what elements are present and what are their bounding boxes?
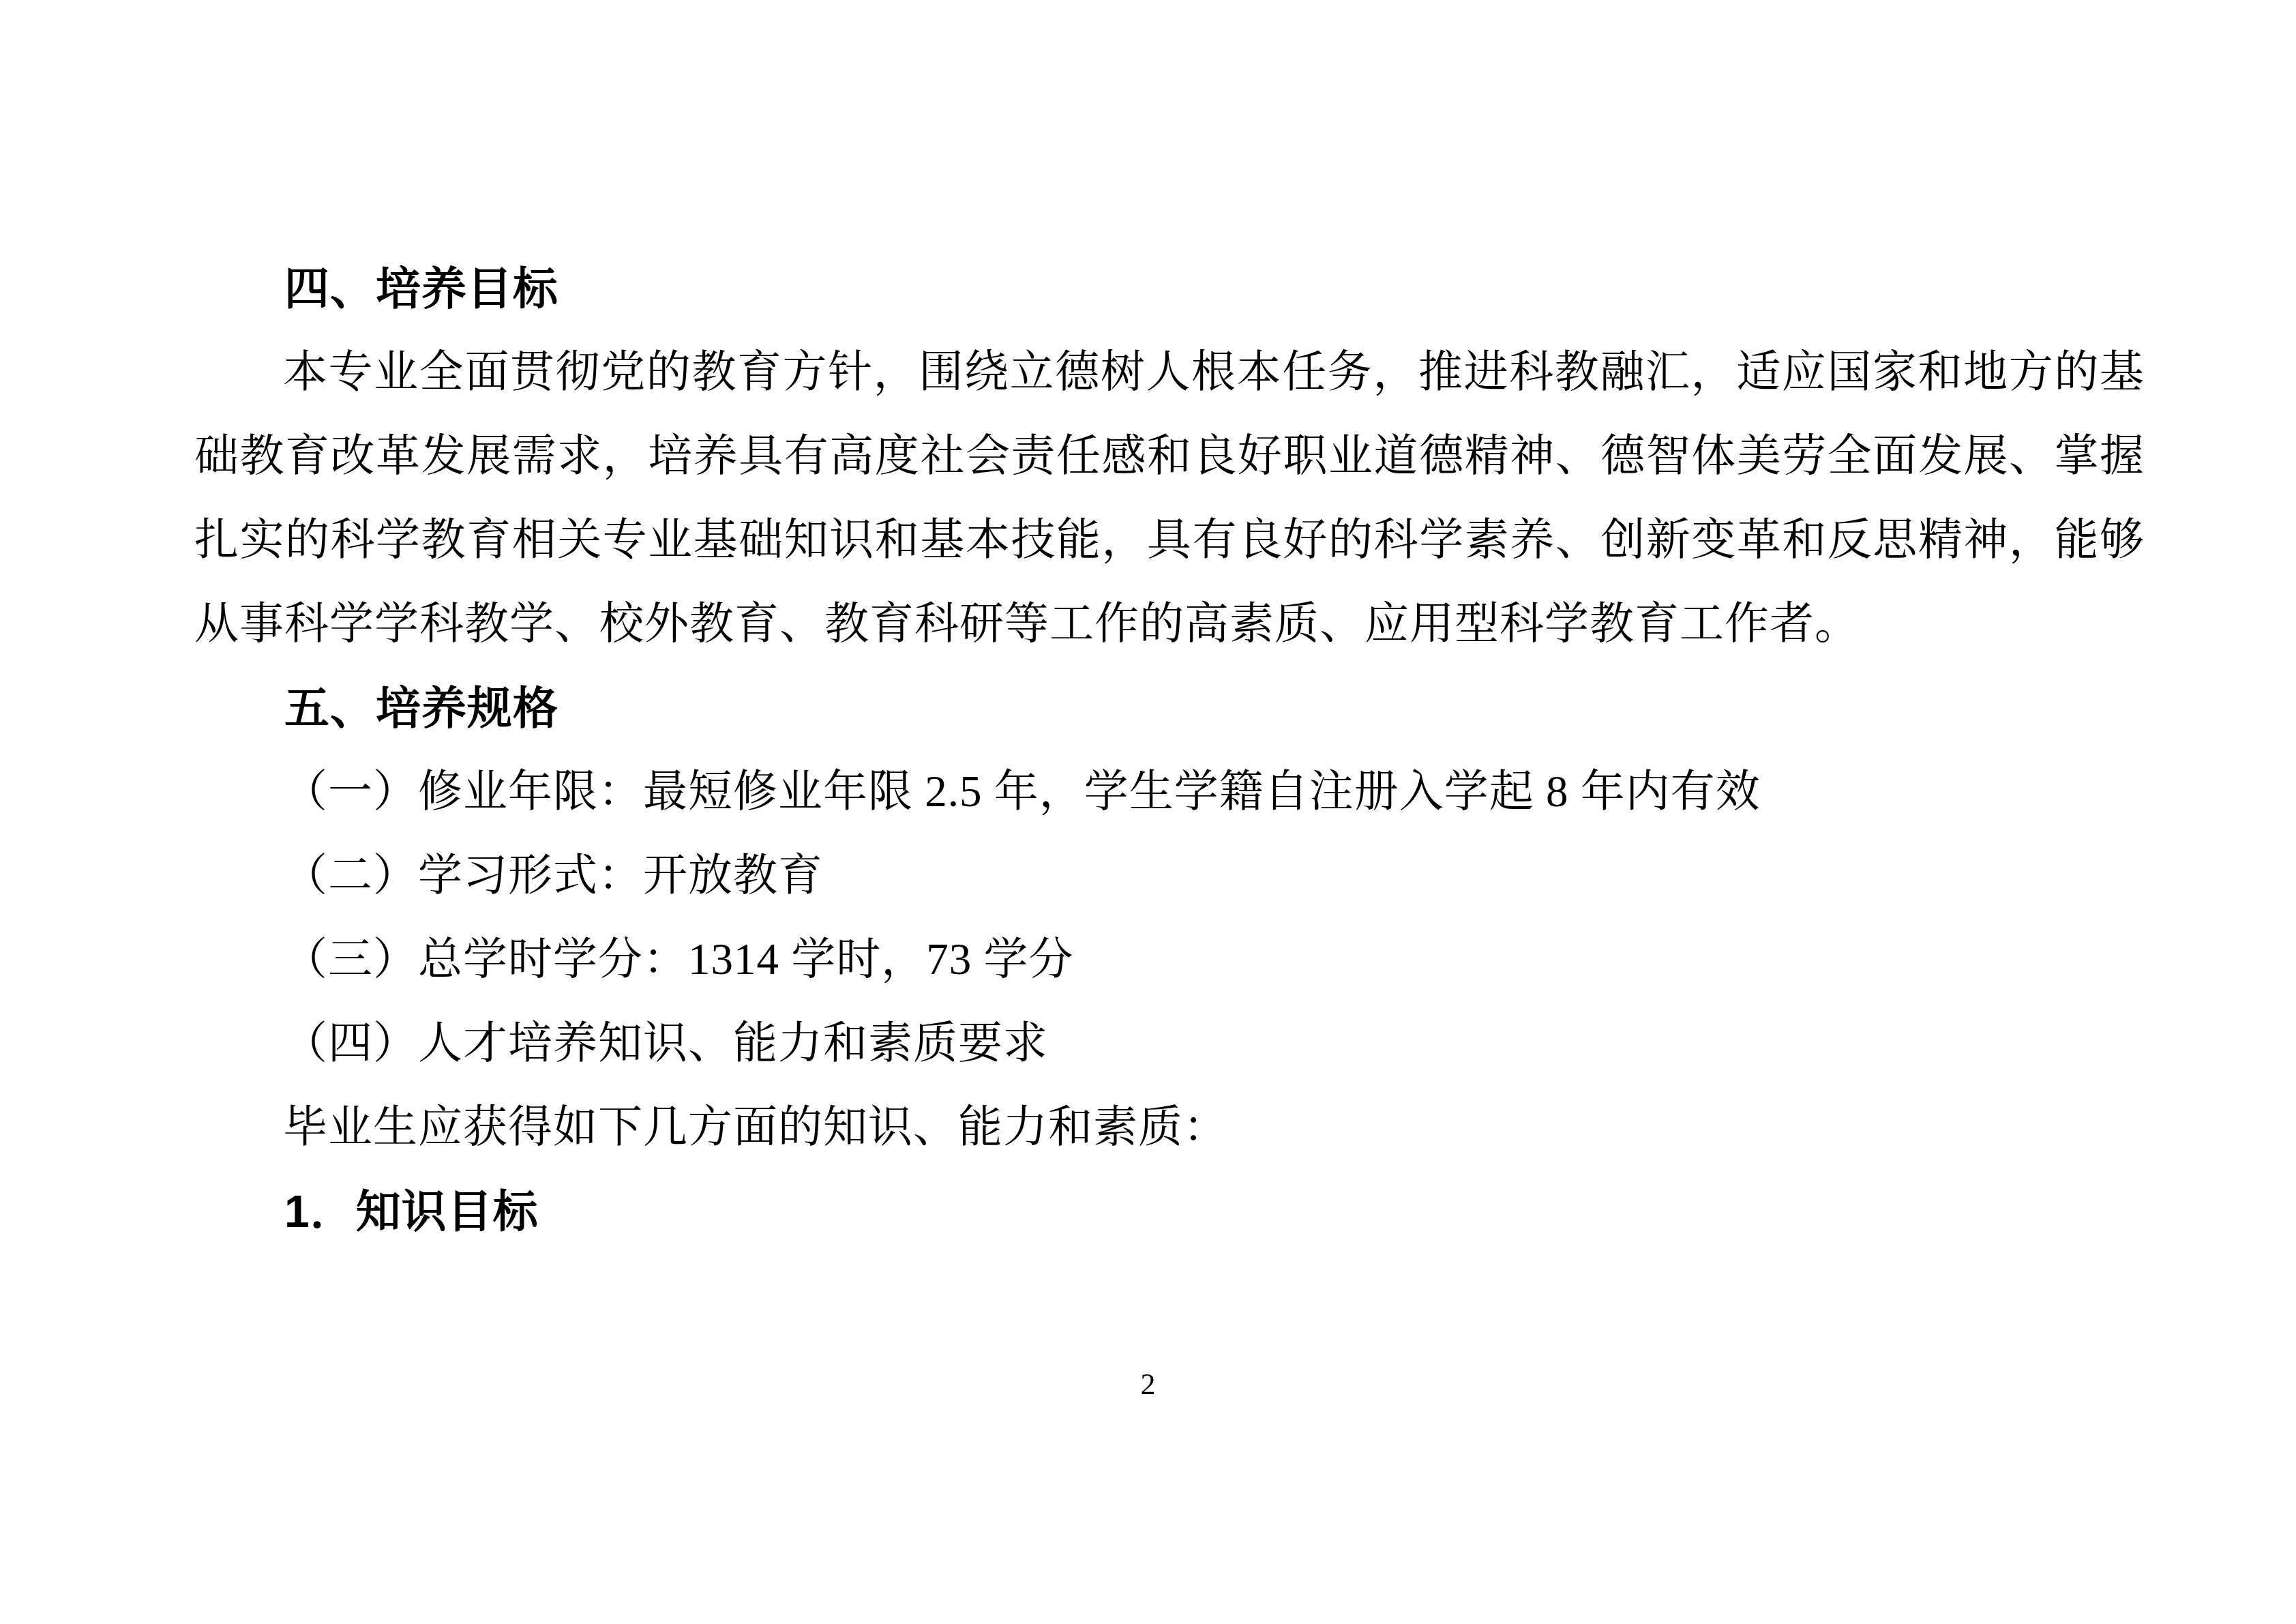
section-heading-training-objectives: 四、培养目标 [194,247,2145,331]
document-content: 四、培养目标 本专业全面贯彻党的教育方针，围绕立德树人根本任务，推进科教融汇，适… [194,247,2145,1254]
document-page: 四、培养目标 本专业全面贯彻党的教育方针，围绕立德树人根本任务，推进科教融汇，适… [0,0,2296,1624]
spec-item-learning-format: （二）学习形式：开放教育 [194,834,2145,918]
spec-item-study-duration: （一）修业年限：最短修业年限 2.5 年，学生学籍自注册入学起 8 年内有效 [194,750,2145,834]
page-number: 2 [0,1364,2296,1405]
training-objectives-paragraph: 本专业全面贯彻党的教育方针，围绕立德树人根本任务，推进科教融汇，适应国家和地方的… [194,331,2145,666]
knowledge-goal-heading: 1．知识目标 [194,1170,2145,1254]
section-heading-training-specifications: 五、培养规格 [194,666,2145,750]
spec-item-total-hours-credits: （三）总学时学分：1314 学时，73 学分 [194,918,2145,1002]
graduate-requirements-intro: 毕业生应获得如下几方面的知识、能力和素质： [194,1086,2145,1170]
spec-item-talent-requirements: （四）人才培养知识、能力和素质要求 [194,1002,2145,1086]
